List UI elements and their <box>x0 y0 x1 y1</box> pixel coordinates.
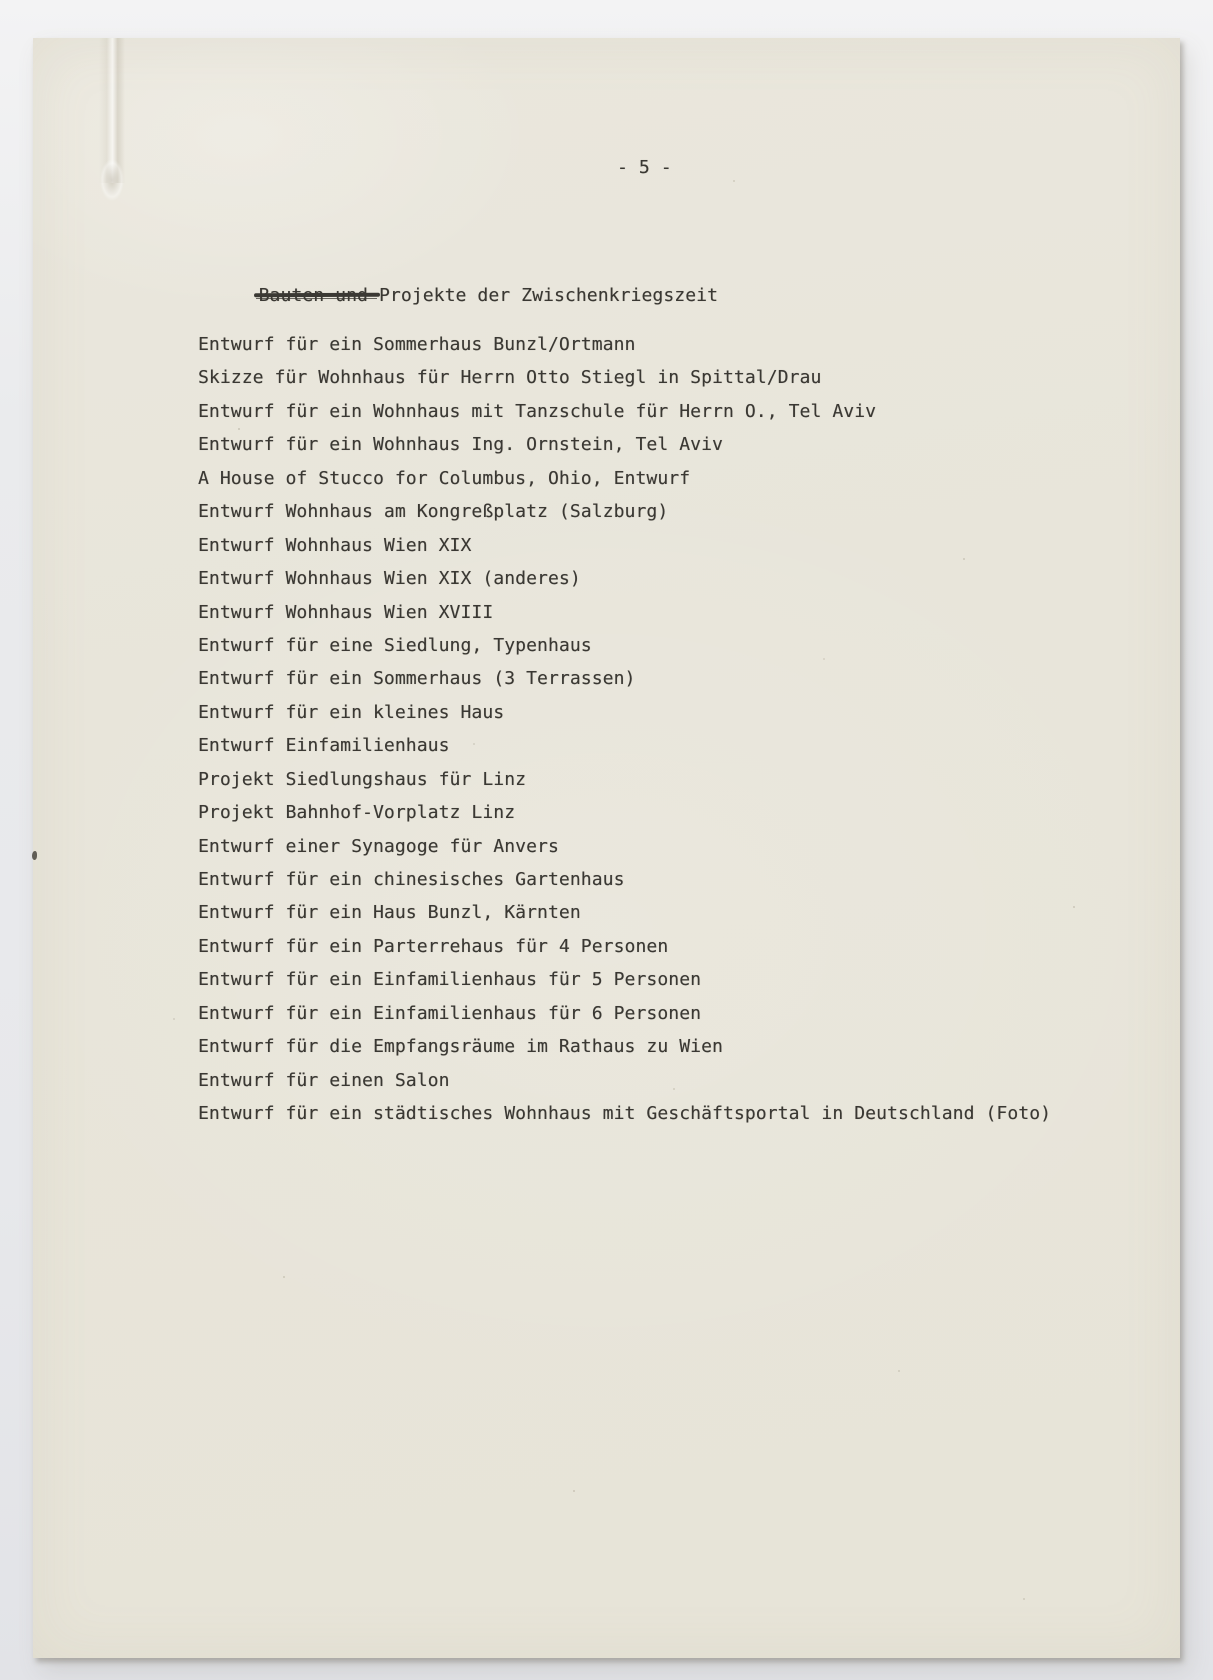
list-item: Entwurf Wohnhaus am Kongreßplatz (Salzbu… <box>198 495 1051 528</box>
list-item: Entwurf für ein Haus Bunzl, Kärnten <box>198 896 1051 929</box>
list-item: A House of Stucco for Columbus, Ohio, En… <box>198 462 1051 495</box>
list-item: Entwurf für ein Wohnhaus Ing. Ornstein, … <box>198 428 1051 461</box>
list-item: Entwurf für ein Sommerhaus (3 Terrassen) <box>198 662 1051 695</box>
paper-speckles <box>33 38 35 40</box>
list-item: Entwurf für ein städtisches Wohnhaus mit… <box>198 1097 1051 1130</box>
list-item: Entwurf einer Synagoge für Anvers <box>198 830 1051 863</box>
list-item: Entwurf für eine Siedlung, Typenhaus <box>198 629 1051 662</box>
list-item: Entwurf für einen Salon <box>198 1064 1051 1097</box>
page-number: - 5 - <box>617 156 672 180</box>
document-page: - 5 - Bauten undProjekte der Zwischenkri… <box>33 38 1180 1658</box>
section-heading: Bauten undProjekte der Zwischenkriegszei… <box>193 260 718 332</box>
list-item: Entwurf für die Empfangsräume im Rathaus… <box>198 1030 1051 1063</box>
list-item: Entwurf für ein chinesisches Gartenhaus <box>198 863 1051 896</box>
list-item: Entwurf für ein Sommerhaus Bunzl/Ortmann <box>198 328 1051 361</box>
list-item: Entwurf für ein Einfamilienhaus für 6 Pe… <box>198 997 1051 1030</box>
list-item: Entwurf Wohnhaus Wien XIX (anderes) <box>198 562 1051 595</box>
scan-background: - 5 - Bauten undProjekte der Zwischenkri… <box>0 0 1213 1680</box>
list-item: Entwurf für ein kleines Haus <box>198 696 1051 729</box>
list-item: Entwurf für ein Einfamilienhaus für 5 Pe… <box>198 963 1051 996</box>
list-item: Projekt Bahnhof-Vorplatz Linz <box>198 796 1051 829</box>
heading-text: Projekte der Zwischenkriegszeit <box>379 285 718 306</box>
paper-edge-mark <box>32 851 37 860</box>
list-item: Entwurf für ein Wohnhaus mit Tanzschule … <box>198 395 1051 428</box>
project-list: Entwurf für ein Sommerhaus Bunzl/Ortmann… <box>198 328 1051 1131</box>
list-item: Entwurf Einfamilienhaus <box>198 729 1051 762</box>
list-item: Projekt Siedlungshaus für Linz <box>198 763 1051 796</box>
list-item: Entwurf für ein Parterrehaus für 4 Perso… <box>198 930 1051 963</box>
list-item: Skizze für Wohnhaus für Herrn Otto Stieg… <box>198 361 1051 394</box>
list-item: Entwurf Wohnhaus Wien XIX <box>198 529 1051 562</box>
heading-struck-text: Bauten und <box>259 284 368 308</box>
paper-crease <box>99 38 125 183</box>
list-item: Entwurf Wohnhaus Wien XVIII <box>198 596 1051 629</box>
